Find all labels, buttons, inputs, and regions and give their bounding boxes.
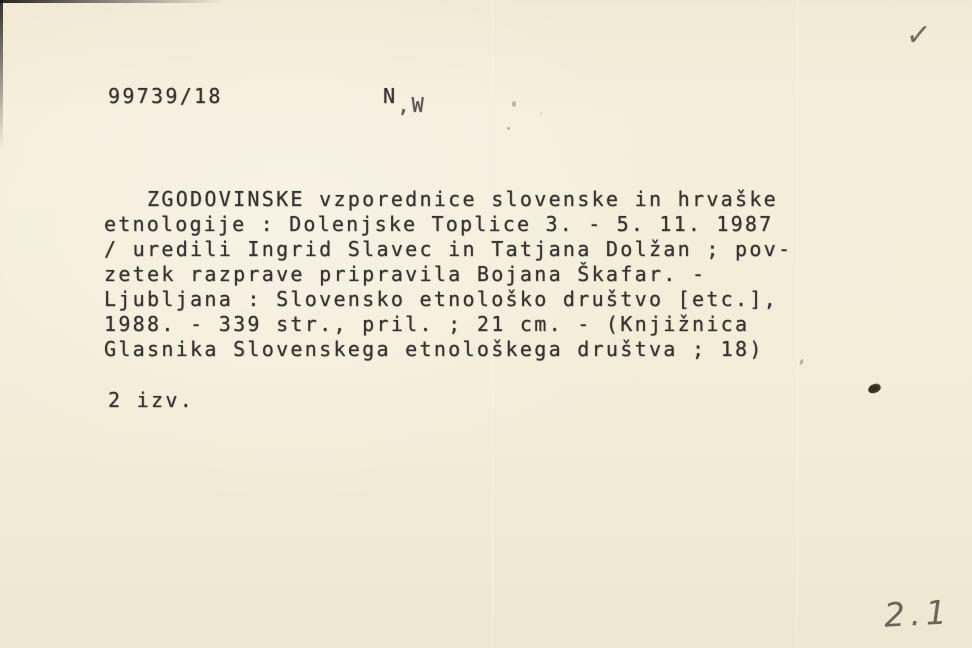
description-line: / uredili Ingrid Slavec in Tatjana Dolža… — [104, 237, 792, 262]
scan-crease — [796, 0, 798, 648]
scan-speck — [507, 127, 510, 130]
classification-sub: ,W — [397, 93, 426, 117]
handwritten-page-number: 2.1 — [883, 592, 952, 634]
description-line: zetek razprave pripravila Bojana Škafar.… — [104, 262, 792, 287]
scan-speck — [540, 112, 542, 114]
classification-main: N — [383, 84, 397, 108]
checkmark-icon: ✓ — [905, 16, 933, 54]
call-number: 99739/18 — [108, 84, 223, 108]
classification-code: N ,W — [383, 84, 426, 108]
scan-speck — [799, 359, 804, 366]
description-line: Ljubljana : Slovensko etnološko društvo … — [104, 287, 792, 312]
description-line: 1988. - 339 str., pril. ; 21 cm. - (Knji… — [104, 312, 792, 337]
description-line: Glasnika Slovenskega etnološkega društva… — [104, 337, 792, 362]
scan-edge-top — [0, 0, 225, 3]
description-line: ZGODOVINSKE vzporednice slovenske in hrv… — [104, 187, 792, 212]
ink-blot — [867, 383, 882, 395]
bibliographic-description: ZGODOVINSKE vzporednice slovenske in hrv… — [104, 187, 792, 362]
copies-note: 2 izv. — [108, 388, 194, 412]
description-line: etnologije : Dolenjske Toplice 3. - 5. 1… — [104, 212, 792, 237]
catalog-card: 99739/18 N ,W ZGODOVINSKE vzporednice sl… — [0, 0, 972, 648]
scan-edge-left — [0, 0, 3, 150]
scan-speck — [512, 101, 516, 107]
